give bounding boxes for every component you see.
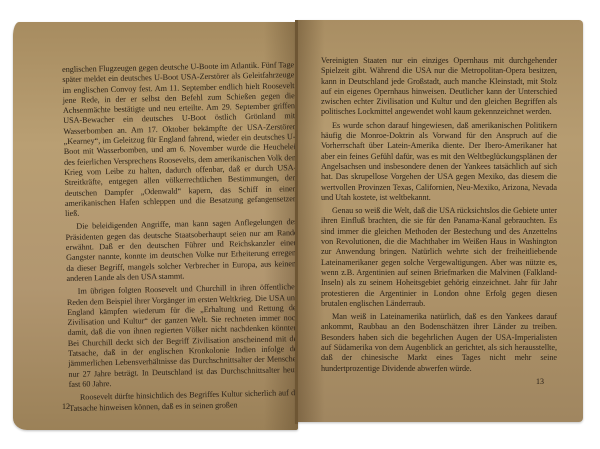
paragraph: englischen Flugzeugen gegen deutsche U-B… <box>62 60 297 219</box>
paragraph: Es wurde schon darauf hingewiesen, daß a… <box>321 121 557 203</box>
paragraph: Man weiß in Lateinamerika natürlich, daß… <box>321 312 557 374</box>
page-number: 13 <box>536 377 544 386</box>
left-page-text: englischen Flugzeugen gegen deutsche U-B… <box>62 60 301 417</box>
book-gutter <box>295 20 298 424</box>
paragraph: Roosevelt dürfte hinsichtlich des Begrif… <box>69 388 301 413</box>
paragraph: Vereinigten Staaten nur ein einziges Ope… <box>321 56 557 118</box>
paragraph: Genau so weiß die Welt, daß die USA rück… <box>321 206 557 309</box>
page-number: 12 <box>62 402 70 411</box>
left-page: englischen Flugzeugen gegen deutsche U-B… <box>13 22 298 430</box>
open-book: englischen Flugzeugen gegen deutsche U-B… <box>0 0 600 449</box>
right-page-text: Vereinigten Staaten nur ein einziges Ope… <box>321 56 557 377</box>
right-page: Vereinigten Staaten nur ein einziges Ope… <box>296 20 583 422</box>
paragraph: Die beleidigenden Angriffe, man kann sag… <box>65 218 298 285</box>
paragraph: Im übrigen folgten Roosevelt und Churchi… <box>67 282 301 390</box>
